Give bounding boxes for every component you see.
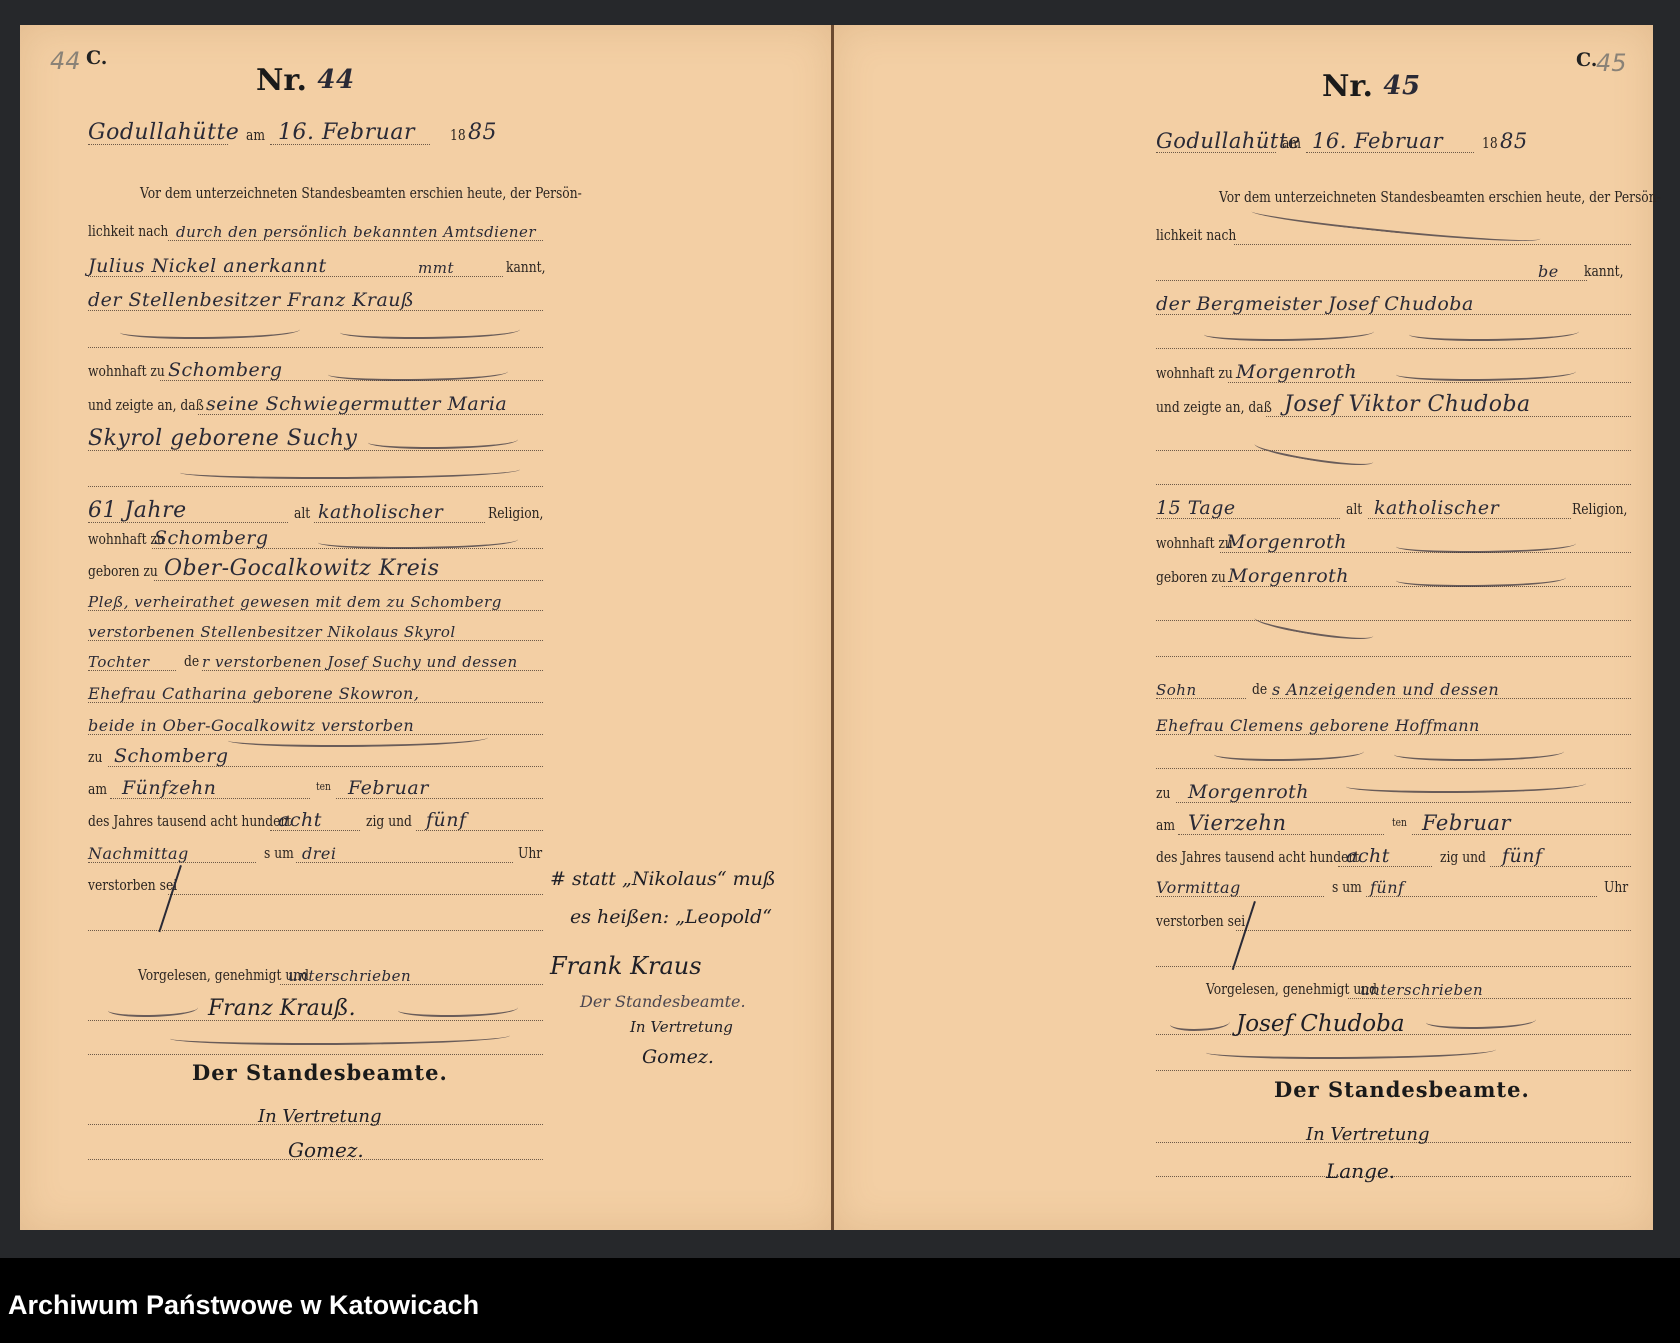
record-number-label: Nr. [1322,69,1373,104]
form-line-am: am Vierzehn ten Februar [1156,815,1631,837]
form-line-verstorben: verstorben sei [88,875,543,897]
note-line-2: es heißen: „Leopold“ [570,906,772,928]
record-number-value: 45 [1383,71,1420,101]
intro-text: Vor dem unterzeichneten Standesbeamten e… [1219,188,1661,206]
label-alt: alt [1346,500,1362,518]
hw-jahres: acht [278,809,322,831]
hw-zig: fünf [1502,845,1543,867]
hw-tageszeit: Vormittag [1156,878,1241,897]
hw-ehefrau: Ehefrau Clemens geborene Hoffmann [1156,716,1480,735]
hw-religion: katholischer [318,501,443,523]
form-line-name2: Skyrol geborene Suchy [88,431,543,453]
hw-zig: fünf [426,809,467,831]
year-prefix: 18 [1482,134,1498,152]
date-line: Godullahütte am 16. Februar 18 85 [1156,133,1631,155]
form-line-zu: zu Morgenroth [1156,783,1631,805]
form-line-zeigte: und zeigte an, daß seine Schwiegermutter… [88,395,543,417]
hw-zu: Morgenroth [1188,781,1309,803]
label-ten: ten [1392,816,1407,829]
form-line-blank-7 [1156,947,1631,969]
form-line-um: Nachmittag s um drei Uhr [88,843,543,865]
hw-tochter: Tochter [88,653,150,671]
label-lichkeit: lichkeit nach [88,222,168,240]
hw-wohnhaft-2: Morgenroth [1226,531,1347,553]
label-jahres: des Jahres tausend acht hundert [1156,848,1359,866]
form-line-informant: der Stellenbesitzer Franz Krauß [88,291,543,313]
record-number-label: Nr. [256,63,307,98]
hw-tageszeit: Nachmittag [88,844,189,863]
date-am-label: am [246,126,265,144]
form-line-blank-5 [1156,637,1631,659]
form-line-wohnhaft1: wohnhaft zu Morgenroth [1156,363,1631,385]
official-signature: Lange. [1326,1159,1395,1183]
corner-letter: C. [1576,49,1597,71]
form-line-age: 61 Jahre alt katholischer Religion, [88,503,543,525]
place: Godullahütte [1156,129,1301,153]
label-verstorben: verstorben sei [88,876,177,894]
form-line-wohnhaft2: wohnhaft zu Morgenroth [1156,533,1631,555]
form-line-geboren: geboren zu Morgenroth [1156,567,1631,589]
form-line-de: Sohn de s Anzeigenden und dessen [1156,679,1631,701]
form-line-de: Tochter de r verstorbenen Josef Suchy un… [88,651,543,673]
intro-line: Vor dem unterzeichneten Standesbeamten e… [140,183,540,205]
archive-caption: Archiwum Państwowe w Katowicach [8,1290,479,1321]
form-line-zu: zu Schomberg [88,747,543,769]
right-page: C. 45 Nr. 45 Godullahütte am 16. Februar… [834,25,1653,1230]
label-am: am [88,780,107,798]
form-line-ehefrau: Ehefrau Catharina geborene Skowron, [88,683,543,705]
form-line-wohnhaft1: wohnhaft zu Schomberg [88,361,543,383]
form-line-blank-4 [88,1035,543,1057]
label-vorgelesen: Vorgelesen, genehmigt und [138,966,309,984]
label-am: am [1156,816,1175,834]
hw-geb2: Pleß, verheirathet gewesen mit dem zu Sc… [88,593,502,611]
label-verstorben: verstorben sei [1156,912,1245,930]
form-line-verstorben: verstorben sei [1156,911,1631,933]
form-line-jahres: des Jahres tausend acht hundert acht zig… [1156,847,1631,869]
registrar-title: Der Standesbeamte. [1274,1077,1530,1102]
hw-religion: katholischer [1374,497,1499,519]
hw-am: Fünfzehn [122,777,216,799]
hw-um: drei [302,844,336,863]
date-line: Godullahütte am 16. Februar 18 85 [88,125,558,147]
label-religion: Religion, [1572,500,1627,518]
label-zig: zig und [366,812,412,830]
note-line-1: # statt „Nikolaus“ muß [550,868,776,890]
form-line-kannt: be kannt, [1156,261,1631,283]
date-day-month: 16. Februar [278,120,415,145]
form-line-vertretung: In Vertretung [1156,1123,1631,1145]
form-line-blank-3 [88,911,543,933]
record-number-value: 44 [317,65,354,95]
form-line-um: Vormittag s um fünf Uhr [1156,877,1631,899]
hw-jahres: acht [1346,845,1390,867]
label-alt: alt [294,504,310,522]
label-wohnhaft: wohnhaft zu [1156,364,1233,382]
form-line-wohnhaft2: wohnhaft zu Schomberg [88,529,543,551]
label-kannt: kannt, [1584,262,1623,280]
label-wohnhaft: wohnhaft zu [88,362,165,380]
form-line-official: Gomez. [88,1140,543,1162]
label-um: s um [264,844,294,862]
label-wohnhaft-2: wohnhaft zu [1156,534,1233,552]
form-line-geboren: geboren zu Ober-Gocalkowitz Kreis [88,561,543,583]
year-suffix: 85 [468,120,497,145]
hw-vorgelesen: unterschrieben [288,967,411,985]
form-line-geb2: Pleß, verheirathet gewesen mit dem zu Sc… [88,591,543,613]
hw-vertretung: In Vertretung [258,1106,381,1127]
form-line-lichkeit: lichkeit nach durch den persönlich bekan… [88,221,543,243]
form-line-ehefrau: Ehefrau Clemens geborene Hoffmann [1156,715,1631,737]
hw-ehefrau: Ehefrau Catharina geborene Skowron, [88,684,419,703]
form-line-blank-4 [1156,601,1631,623]
hw-wohnhaft: Morgenroth [1236,361,1357,383]
place: Godullahütte [88,120,239,145]
intro-text: Vor dem unterzeichneten Standesbeamten e… [140,184,582,202]
hw-de: s Anzeigenden und dessen [1272,680,1499,699]
official-signature: Gomez. [288,1138,364,1162]
hw-zeigte: Josef Viktor Chudoba [1284,392,1531,417]
label-de: de [184,652,199,670]
date-day-month: 16. Februar [1312,129,1443,153]
form-line-official: Lange. [1156,1157,1631,1179]
hw-month: Februar [348,777,429,799]
form-line-blank-1 [88,328,543,350]
label-jahres: des Jahres tausend acht hundert [88,812,291,830]
record-number: Nr. 45 [1322,69,1421,104]
label-vorgelesen: Vorgelesen, genehmigt und [1206,980,1377,998]
hw-informant: der Bergmeister Josef Chudoba [1156,293,1474,315]
hw-vertretung: In Vertretung [1306,1124,1429,1145]
hw-wohnhaft-2: Schomberg [154,527,269,549]
form-line-signature: Franz Krauß. [88,1001,543,1023]
hw-sohn: Sohn [1156,681,1197,699]
hw-age: 61 Jahre [88,498,187,523]
form-line-blank-2 [88,467,543,489]
label-geboren: geboren zu [88,562,158,580]
form-line-blank-6 [1156,749,1631,771]
form-line-lichkeit: lichkeit nach [1156,225,1631,247]
label-kannt: kannt, [506,258,545,276]
note-line-6: Gomez. [642,1046,714,1068]
label-zig: zig und [1440,848,1486,866]
date-am-label: am [1282,134,1301,152]
hw-age: 15 Tage [1156,497,1236,519]
hw-geboren: Morgenroth [1228,565,1349,587]
note-signature: Frank Kraus [550,952,702,980]
label-zu: zu [88,748,102,766]
corner-letter: C. [86,47,107,69]
hw-wohnhaft: Schomberg [168,359,283,381]
hw-vorgelesen: unterschrieben [1360,981,1483,999]
label-zeigte: und zeigte an, daß [88,396,204,414]
form-line-vertretung: In Vertretung [88,1105,543,1127]
hw-kannt-prefix: mmt [418,259,454,277]
hw-name2: Skyrol geborene Suchy [88,426,357,451]
form-line-zeigte: und zeigte an, daß Josef Viktor Chudoba [1156,397,1631,419]
form-line-blank-2 [1156,431,1631,453]
form-line-am: am Fünfzehn ten Februar [88,779,543,801]
hw-julius: Julius Nickel anerkannt [88,255,327,277]
hw-zu: Schomberg [114,745,229,767]
hw-kannt-prefix: be [1538,262,1559,281]
label-religion: Religion, [488,504,543,522]
hw-um: fünf [1370,878,1404,897]
hw-month: Februar [1422,811,1511,835]
form-line-age: 15 Tage alt katholischer Religion, [1156,499,1631,521]
form-line-jahres: des Jahres tausend acht hundert acht zig… [88,811,543,833]
label-de: de [1252,680,1267,698]
label-lichkeit: lichkeit nach [1156,226,1236,244]
label-ten: ten [316,780,331,793]
pencil-page-number: 44 [50,47,81,75]
informant-signature: Josef Chudoba [1236,1011,1405,1037]
note-line-5: In Vertretung [630,1018,733,1036]
registrar-title: Der Standesbeamte. [192,1060,448,1085]
hw-informant: der Stellenbesitzer Franz Krauß [88,289,414,311]
year-prefix: 18 [450,126,466,144]
form-line-blank-8 [1156,1051,1631,1073]
form-line-geb3: verstorbenen Stellenbesitzer Nikolaus Sk… [88,621,543,643]
year-suffix: 85 [1500,129,1528,153]
form-line-vorgelesen: Vorgelesen, genehmigt und unterschrieben [1156,979,1631,1001]
hw-geb3: verstorbenen Stellenbesitzer Nikolaus Sk… [88,623,456,641]
label-uhr: Uhr [518,844,542,862]
form-line-blank-3 [1156,465,1631,487]
hw-lichkeit: durch den persönlich bekannten Amtsdiene… [176,223,536,241]
form-line-blank-1 [1156,329,1631,351]
hw-zeigte: seine Schwiegermutter Maria [206,393,507,415]
label-geboren: geboren zu [1156,568,1226,586]
label-uhr: Uhr [1604,878,1628,896]
record-number: Nr. 44 [256,63,355,98]
label-zeigte: und zeigte an, daß [1156,398,1272,416]
label-zu: zu [1156,784,1170,802]
form-line-signature: Josef Chudoba [1156,1015,1631,1037]
form-line-vorgelesen: Vorgelesen, genehmigt und unterschrieben [88,965,543,987]
hw-am: Vierzehn [1188,811,1287,835]
hw-de: r verstorbenen Josef Suchy und dessen [202,653,518,671]
note-line-4: Der Standesbeamte. [580,992,746,1011]
informant-signature: Franz Krauß. [208,996,356,1021]
pencil-page-number: 45 [1596,49,1627,77]
form-line-informant: der Bergmeister Josef Chudoba [1156,295,1631,317]
label-um: s um [1332,878,1362,896]
hw-geboren: Ober-Gocalkowitz Kreis [164,556,440,581]
form-line-kannt: Julius Nickel anerkannt mmt kannt, [88,257,543,279]
